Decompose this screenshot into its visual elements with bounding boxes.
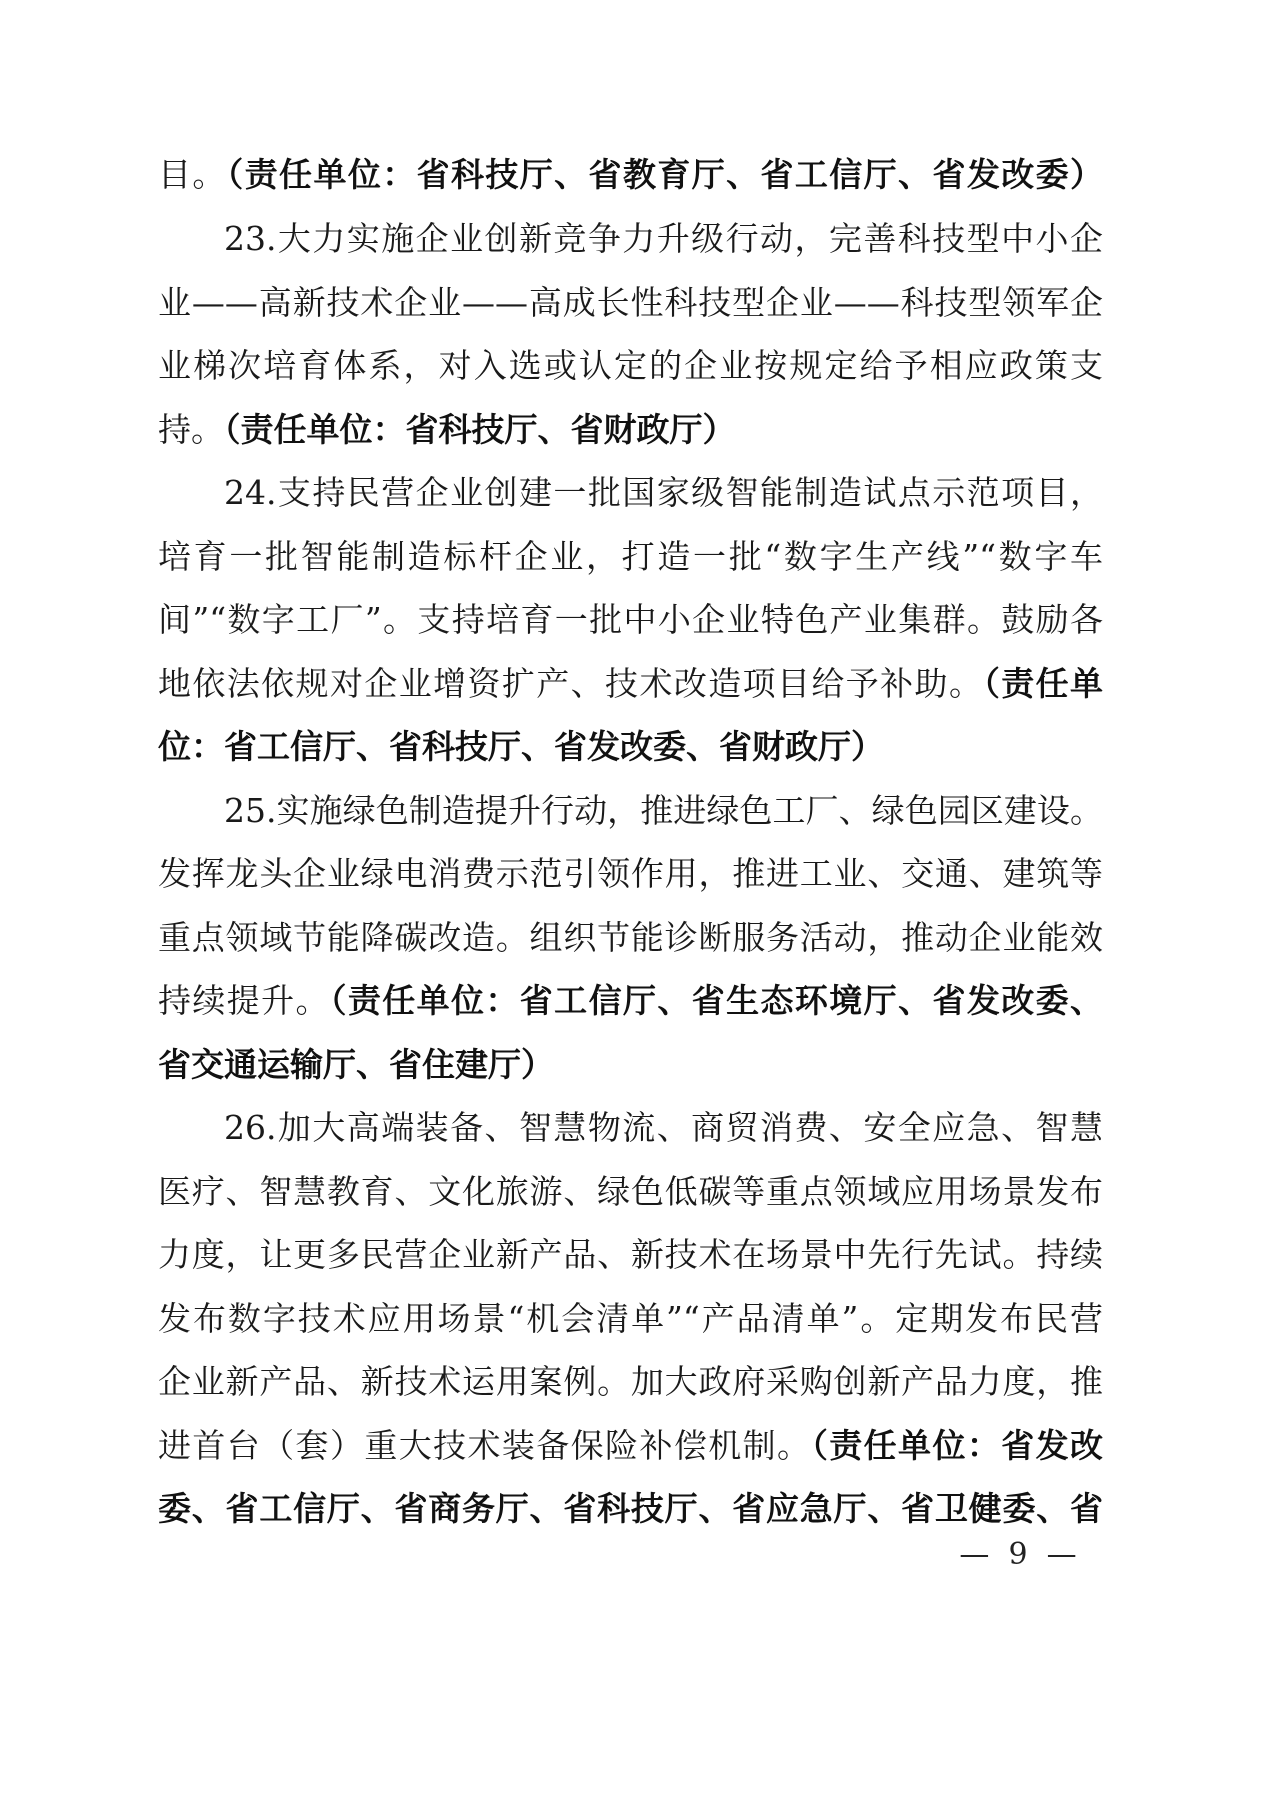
body-text: 医疗、智慧教育、文化旅游、绿色低碳等重点领域应用场景发布 [158,1172,1103,1211]
body-text: 持续提升。 [158,981,330,1020]
text-line: 目。（责任单位：省科技厅、省教育厅、省工信厅、省发改委） [158,155,1103,195]
responsibility-clause: （责任单位：省发改 [811,1426,1103,1465]
text-line: 发挥龙头企业绿电消费示范引领作用，推进工业、交通、建筑等 [158,854,1103,894]
item-26-first-line: 26.加大高端装备、智慧物流、商贸消费、安全应急、智慧 [224,1108,1103,1148]
body-text: 地依法依规对企业增资扩产、技术改造项目给予补助。 [158,664,983,703]
document-page: 目。（责任单位：省科技厅、省教育厅、省工信厅、省发改委） 23.大力实施企业创新… [0,0,1270,1796]
responsibility-clause: （责任单位：省科技厅、省教育厅、省工信厅、省发改委） [227,155,1103,194]
page-number: — 9 — [958,1535,1078,1575]
text-line: 医疗、智慧教育、文化旅游、绿色低碳等重点领域应用场景发布 [158,1172,1103,1212]
responsibility-clause: （责任单位：省工信厅、省生态环境厅、省发改委、 [330,981,1103,1020]
responsibility-clause: 委、省工信厅、省商务厅、省科技厅、省应急厅、省卫健委、省 [158,1489,1103,1528]
text-line: 位：省工信厅、省科技厅、省发改委、省财政厅） [158,727,1103,767]
body-text: 发挥龙头企业绿电消费示范引领作用，推进工业、交通、建筑等 [158,854,1103,893]
text-line: 企业新产品、新技术运用案例。加大政府采购创新产品力度，推 [158,1362,1103,1402]
text-line: 力度，让更多民营企业新产品、新技术在场景中先行先试。持续 [158,1235,1103,1275]
body-text: 培育一批智能制造标杆企业，打造一批“数字生产线”“数字车 [158,537,1103,576]
item-25-first-line: 25.实施绿色制造提升行动，推进绿色工厂、绿色园区建设。 [224,791,1103,831]
text-line: 进首台（套）重大技术装备保险补偿机制。（责任单位：省发改 [158,1426,1103,1466]
body-text: 业——高新技术企业——高成长性科技型企业——科技型领军企 [158,283,1103,322]
item-24-first-line: 24.支持民营企业创建一批国家级智能制造试点示范项目， [224,473,1103,513]
body-text: 26.加大高端装备、智慧物流、商贸消费、安全应急、智慧 [224,1108,1103,1147]
body-text: 企业新产品、新技术运用案例。加大政府采购创新产品力度，推 [158,1362,1103,1401]
text-line: 委、省工信厅、省商务厅、省科技厅、省应急厅、省卫健委、省 [158,1489,1103,1529]
body-text: 24.支持民营企业创建一批国家级智能制造试点示范项目， [224,473,1103,512]
responsibility-clause: （责任单位：省科技厅、省财政厅） [224,410,736,449]
text-line: 培育一批智能制造标杆企业，打造一批“数字生产线”“数字车 [158,537,1103,577]
body-text: 持。 [158,410,224,449]
body-text: 重点领域节能降碳改造。组织节能诊断服务活动，推动企业能效 [158,918,1103,957]
text-line: 持续提升。（责任单位：省工信厅、省生态环境厅、省发改委、 [158,981,1103,1021]
body-text: 目。 [158,155,227,194]
body-text: 23.大力实施企业创新竞争力升级行动，完善科技型中小企 [224,219,1103,258]
text-line: 地依法依规对企业增资扩产、技术改造项目给予补助。（责任单 [158,664,1103,704]
text-line: 重点领域节能降碳改造。组织节能诊断服务活动，推动企业能效 [158,918,1103,958]
body-text: 业梯次培育体系，对入选或认定的企业按规定给予相应政策支 [158,346,1103,385]
item-23-first-line: 23.大力实施企业创新竞争力升级行动，完善科技型中小企 [224,219,1103,259]
text-line: 省交通运输厅、省住建厅） [158,1045,1103,1085]
text-line: 间”“数字工厂”。支持培育一批中小企业特色产业集群。鼓励各 [158,600,1103,640]
responsibility-clause: 位：省工信厅、省科技厅、省发改委、省财政厅） [158,727,884,766]
responsibility-clause: （责任单 [983,664,1103,703]
text-line: 持。（责任单位：省科技厅、省财政厅） [158,410,1103,450]
text-line: 业——高新技术企业——高成长性科技型企业——科技型领军企 [158,283,1103,323]
body-text: 25.实施绿色制造提升行动，推进绿色工厂、绿色园区建设。 [224,791,1103,830]
text-line: 业梯次培育体系，对入选或认定的企业按规定给予相应政策支 [158,346,1103,386]
text-line: 发布数字技术应用场景“机会清单”“产品清单”。定期发布民营 [158,1299,1103,1339]
body-text: 发布数字技术应用场景“机会清单”“产品清单”。定期发布民营 [158,1299,1103,1338]
body-text: 力度，让更多民营企业新产品、新技术在场景中先行先试。持续 [158,1235,1103,1274]
body-text: 间”“数字工厂”。支持培育一批中小企业特色产业集群。鼓励各 [158,600,1103,639]
body-text: 进首台（套）重大技术装备保险补偿机制。 [158,1426,811,1465]
responsibility-clause: 省交通运输厅、省住建厅） [158,1045,554,1084]
